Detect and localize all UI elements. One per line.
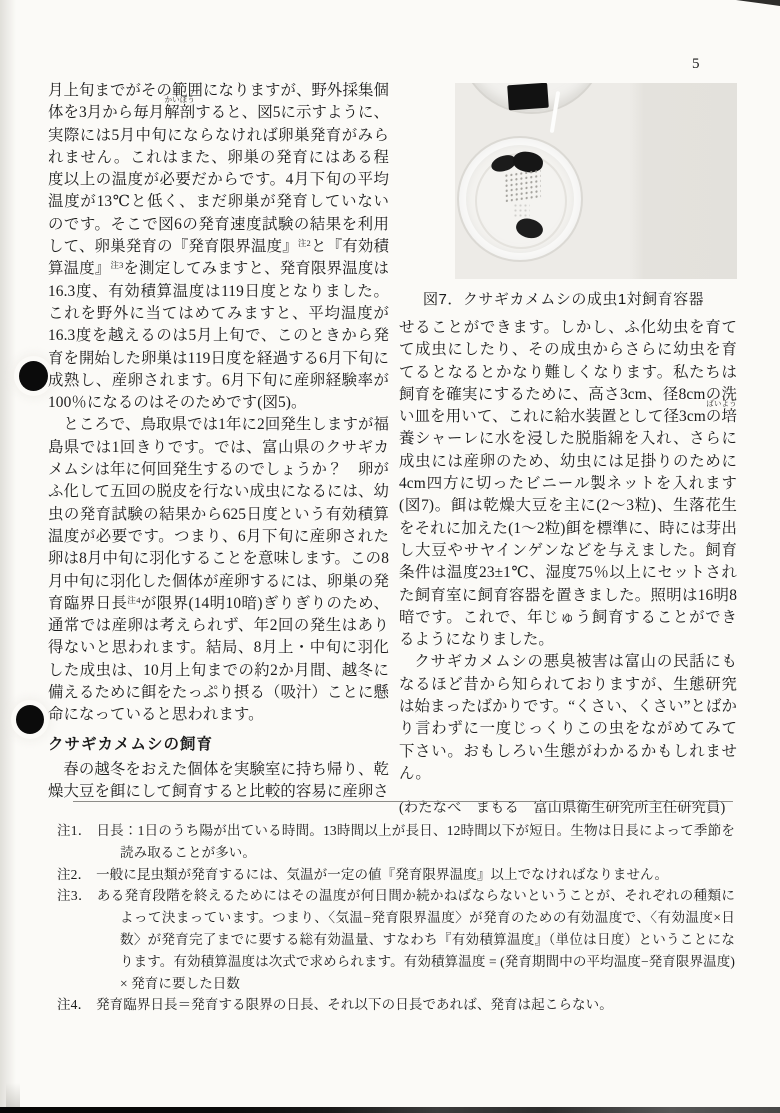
left-paragraphs: 月上旬までがその範囲になりますが、野外採集個体を3月から毎月解剖かいぼうすると、… <box>48 80 389 727</box>
footnote: 注1．日長：1日のうち陽が出ている時間。13時間以上が長日、12時間以下が短日。… <box>57 820 735 864</box>
footnote-label: 注1． <box>57 823 91 838</box>
page-number: 5 <box>692 56 700 73</box>
binding-hole-top <box>19 361 48 391</box>
footnote-label: 注4． <box>57 997 91 1012</box>
furigana-ruby: 培養ばいよう <box>399 408 737 447</box>
vinyl-net-shape <box>504 168 541 204</box>
footnote: 注2．一般に昆虫類が発育するには、気温が一定の値『発育限界温度』以上でなければな… <box>57 864 735 886</box>
footnote-ref: 注2 <box>298 238 311 248</box>
vinyl-net-shape <box>513 203 530 217</box>
body-paragraph: 春の越冬をおえた個体を実験室に持ち帰り、乾燥大豆を餌にして飼育すると比較的容易に… <box>48 759 389 804</box>
dark-food-block-shape <box>507 83 549 110</box>
scan-gutter-shadow <box>0 0 16 1113</box>
figure7-caption: 図7．クサギカメムシの成虫1対飼育容器 <box>423 290 737 310</box>
footnote: 注4．発育臨界日長＝発育する限界の日長、それ以下の日長であれば、発育は起こらない… <box>57 994 735 1016</box>
body-paragraph: ところで、鳥取県では1年に2回発生しますが福島県では1回きりです。では、富山県の… <box>48 414 389 726</box>
binding-hole-bottom <box>16 705 44 734</box>
body-paragraph: せることができます。しかし、ふ化幼虫を育てて成虫にしたり、その成虫からさらに幼虫… <box>399 317 737 651</box>
footnote-label: 注3． <box>57 888 92 903</box>
right-paragraphs: せることができます。しかし、ふ化幼虫を育てて成虫にしたり、その成虫からさらに幼虫… <box>399 317 737 785</box>
figure7-photo <box>455 83 737 279</box>
scan-bottom-bar <box>0 1107 780 1113</box>
left-column: 月上旬までがその範囲になりますが、野外採集個体を3月から毎月解剖かいぼうすると、… <box>48 80 389 803</box>
footnote: 注3．ある発育段階を終えるためにはその温度が何日間か続かねばならないということが… <box>57 885 735 994</box>
footnote-ref: 注4 <box>127 595 140 605</box>
right-column: 図7．クサギカメムシの成虫1対飼育容器 せることができます。しかし、ふ化幼虫を育… <box>399 83 737 818</box>
section-heading: クサギカメムシの飼育 <box>48 735 389 755</box>
footnote-ref: 注3 <box>111 260 124 270</box>
left-section-paragraphs: 春の越冬をおえた個体を実験室に持ち帰り、乾燥大豆を餌にして飼育すると比較的容易に… <box>48 759 389 804</box>
footnote-divider <box>73 801 733 802</box>
footnote-label: 注2． <box>57 867 91 882</box>
scanned-document-page: { "colors": { "paper": "#fbfaf7", "ink":… <box>0 0 780 1113</box>
scan-corner-artifact <box>736 0 780 6</box>
footnotes: 注1．日長：1日のうち陽が出ている時間。13時間以上が長日、12時間以下が短日。… <box>57 820 735 1016</box>
body-paragraph: 月上旬までがその範囲になりますが、野外採集個体を3月から毎月解剖かいぼうすると、… <box>48 80 389 414</box>
scan-bottom-smudge <box>6 1083 20 1107</box>
furigana-ruby: 解剖かいぼう <box>164 104 195 121</box>
body-paragraph: クサギカメムシの悪臭被害は富山の民話にもなるほど昔から知られておりますが、生態研… <box>399 651 737 785</box>
